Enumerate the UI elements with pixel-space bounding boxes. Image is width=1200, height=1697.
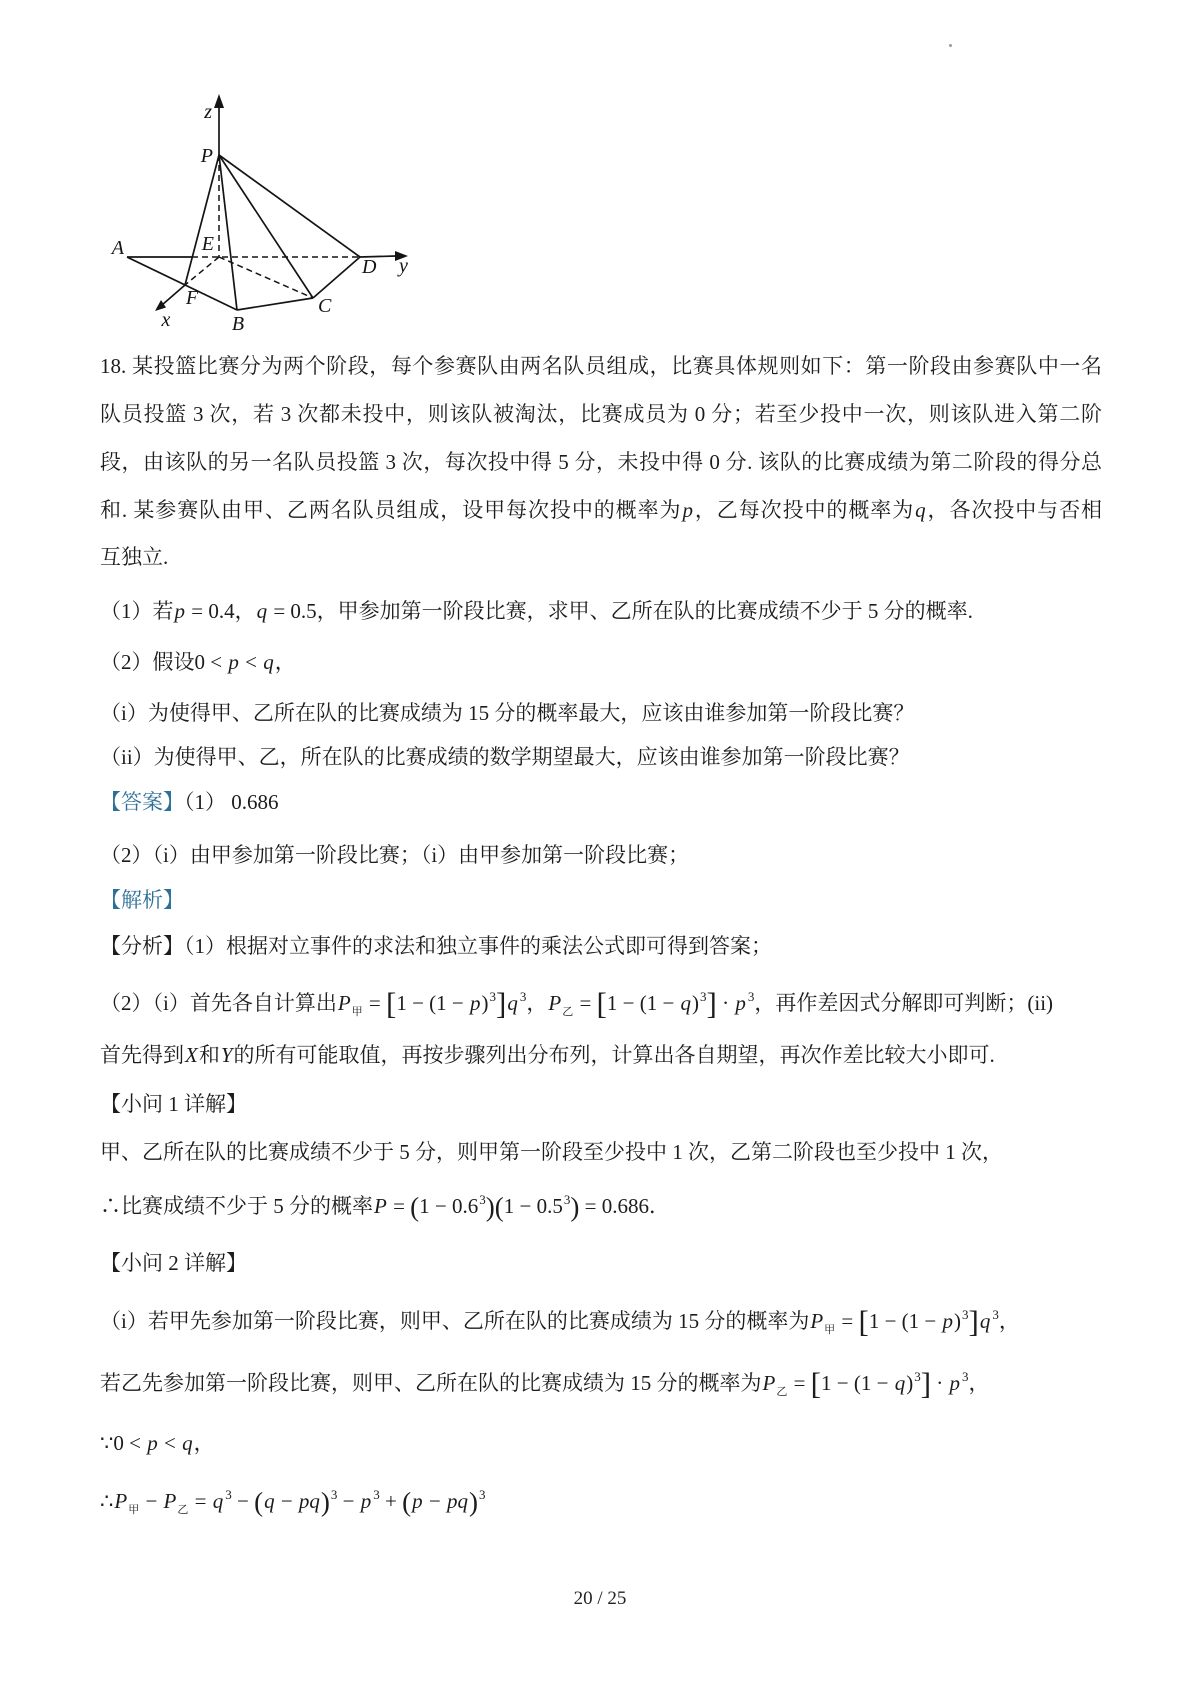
text-segment: 和. 某参赛队由甲、乙两名队员组成，设甲每次投中的概率为 bbox=[100, 498, 681, 522]
question-part-1: （1）若p = 0.4，q = 0.5，甲参加第一阶段比赛，求甲、乙所在队的比赛… bbox=[100, 596, 973, 626]
text-segment: ， bbox=[235, 599, 256, 623]
text-segment: ，再作差因式分解即可判断；(ii) bbox=[754, 991, 1053, 1015]
math-expression: 0 < p < q bbox=[113, 1431, 193, 1455]
text-segment: （ii）为使得甲、乙，所在队的比赛成绩的数学期望最大，应该由谁参加第一阶段比赛？ bbox=[100, 745, 910, 769]
text-segment: 甲、乙所在队的比赛成绩不少于 5 分，则甲第一阶段至少投中 1 次，乙第二阶段也… bbox=[100, 1140, 1003, 1164]
math-token: p bbox=[681, 498, 694, 522]
text-segment: ∴比赛成绩不少于 5 分的概率 bbox=[100, 1194, 373, 1218]
math-token: P bbox=[547, 991, 562, 1015]
math-token: = 0.4 bbox=[186, 599, 235, 623]
text-segment: （i）为使得甲、乙所在队的比赛成绩为 15 分的概率最大，应该由谁参加第一阶段比… bbox=[100, 701, 914, 725]
question-part-2-ii: （ii）为使得甲、乙，所在队的比赛成绩的数学期望最大，应该由谁参加第一阶段比赛？ bbox=[100, 742, 910, 772]
math-token: pq bbox=[446, 1489, 469, 1513]
axis-label-z: z bbox=[203, 101, 212, 123]
math-token: ) bbox=[570, 1192, 579, 1222]
math-token: · bbox=[717, 991, 735, 1015]
math-token: X bbox=[184, 1043, 199, 1067]
math-token: q bbox=[506, 991, 519, 1015]
math-token: ) bbox=[954, 1309, 961, 1333]
text-segment: ，甲参加第一阶段比赛，求甲、乙所在队的比赛成绩不少于 5 分的概率. bbox=[317, 599, 973, 623]
math-token: = 0.686 bbox=[579, 1194, 649, 1218]
pyramid-figure-svg: z P E A F x B C D y bbox=[100, 88, 420, 336]
math-expression: P乙 = [1 − (1 − q)3] · p3 bbox=[762, 1371, 969, 1395]
math-token: ] bbox=[921, 1366, 931, 1401]
text-segment: 首先得到 bbox=[100, 1043, 184, 1067]
math-expression: P乙 = [1 − (1 − q)3] · p3 bbox=[547, 991, 754, 1015]
math-expression: Y bbox=[220, 1043, 234, 1067]
vertex-label-D: D bbox=[361, 256, 377, 278]
math-token: p bbox=[360, 1489, 373, 1513]
text-segment: （1）若 bbox=[100, 599, 174, 623]
analysis-line-3: 首先得到X和Y的所有可能取值，再按步骤列出分布列，计算出各自期望，再次作差比较大… bbox=[100, 1040, 995, 1070]
math-token: q bbox=[263, 1489, 276, 1513]
math-token: ( bbox=[254, 1487, 263, 1517]
math-token: ( bbox=[495, 1192, 504, 1222]
text-segment: 和 bbox=[199, 1043, 220, 1067]
math-token: p bbox=[174, 599, 187, 623]
math-token: 1 − 0.6 bbox=[419, 1194, 478, 1218]
solution-2-line-2: 若乙先参加第一阶段比赛，则甲、乙所在队的比赛成绩为 15 分的概率为P乙 = [… bbox=[100, 1362, 990, 1407]
z-axis-arrow-icon bbox=[214, 94, 224, 108]
math-token: 1 − (1 − bbox=[821, 1371, 894, 1395]
answer-line-2: （2）（i）由甲参加第一阶段比赛；（i）由甲参加第一阶段比赛； bbox=[100, 840, 689, 870]
math-token: 1 − 0.5 bbox=[504, 1194, 563, 1218]
vertex-label-A: A bbox=[110, 237, 125, 259]
text-segment: ， bbox=[194, 1431, 215, 1455]
text-segment: ，各次投中与否相 bbox=[927, 498, 1102, 522]
text-segment: ，乙每次投中的概率为 bbox=[694, 498, 914, 522]
math-token: − bbox=[232, 1489, 254, 1513]
math-token: + bbox=[380, 1489, 402, 1513]
math-token: ) bbox=[321, 1487, 330, 1517]
math-token: − bbox=[276, 1489, 298, 1513]
math-token: q bbox=[256, 599, 269, 623]
text-segment: ∵ bbox=[100, 1431, 113, 1455]
math-token: q bbox=[212, 1489, 225, 1513]
axis-label-x: x bbox=[161, 309, 171, 331]
math-token: 1 − (1 − bbox=[607, 991, 680, 1015]
math-token: 甲 bbox=[128, 1504, 139, 1516]
math-token: [ bbox=[811, 1366, 821, 1401]
math-token: p bbox=[411, 1489, 424, 1513]
math-token: Y bbox=[220, 1043, 234, 1067]
solution-1-formula: ∴比赛成绩不少于 5 分的概率P = (1 − 0.63)(1 − 0.53) … bbox=[100, 1185, 670, 1221]
axis-label-y: y bbox=[397, 255, 408, 277]
text-segment: ， bbox=[526, 991, 547, 1015]
text-segment: （1） 0.686 bbox=[184, 790, 279, 814]
math-token: 乙 bbox=[776, 1386, 787, 1398]
text-segment: ， bbox=[999, 1309, 1020, 1333]
vertex-label-B: B bbox=[232, 313, 244, 335]
math-token: q bbox=[914, 498, 927, 522]
math-token: ) bbox=[692, 991, 699, 1015]
figure-solid-edges bbox=[127, 104, 396, 310]
math-token: [ bbox=[859, 1304, 869, 1339]
vertex-label-P: P bbox=[200, 145, 213, 167]
math-expression: q = 0.5 bbox=[256, 599, 317, 623]
solution-2-condition: ∵0 < p < q， bbox=[100, 1428, 215, 1458]
math-token: p bbox=[949, 1371, 962, 1395]
math-token: = bbox=[788, 1371, 810, 1395]
text-segment: （i）若甲先参加第一阶段比赛，则甲、乙所在队的比赛成绩为 15 分的概率为 bbox=[100, 1309, 809, 1333]
math-token: ) bbox=[486, 1192, 495, 1222]
text-segment: （2）假设 bbox=[100, 650, 195, 674]
math-token: = bbox=[189, 1489, 211, 1513]
vertex-label-C: C bbox=[318, 295, 332, 317]
text-segment: 18. 某投篮比赛分为两个阶段，每个参赛队由两名队员组成，比赛具体规则如下：第一… bbox=[100, 354, 1102, 378]
text-segment: 【小问 2 详解】 bbox=[100, 1251, 247, 1275]
analysis-line-1: 【分析】（1）根据对立事件的求法和独立事件的乘法公式即可得到答案； bbox=[100, 931, 772, 961]
text-segment: ， bbox=[275, 650, 296, 674]
math-expression: P = (1 − 0.63)(1 − 0.53) = 0.686 bbox=[373, 1194, 649, 1218]
math-token: P bbox=[337, 991, 352, 1015]
math-token: 0 < bbox=[113, 1431, 146, 1455]
problem-statement-line-4: 和. 某参赛队由甲、乙两名队员组成，设甲每次投中的概率为p，乙每次投中的概率为q… bbox=[100, 495, 1102, 526]
math-token: 乙 bbox=[177, 1504, 188, 1516]
math-token: = bbox=[364, 991, 386, 1015]
math-expression: 0 < p < q bbox=[195, 650, 275, 674]
section-label: 【解析】 bbox=[100, 888, 184, 912]
math-token: P bbox=[373, 1194, 388, 1218]
math-token: − bbox=[424, 1489, 446, 1513]
text-segment: 段，由该队的另一名队员投篮 3 次，每次投中得 5 分，未投中得 0 分. 该队… bbox=[100, 450, 1102, 474]
text-segment: 【小问 1 详解】 bbox=[100, 1092, 247, 1116]
page-mark-dot bbox=[949, 44, 952, 47]
subquestion-1-heading: 【小问 1 详解】 bbox=[100, 1089, 247, 1119]
math-token: [ bbox=[386, 986, 396, 1021]
math-token: − bbox=[140, 1489, 162, 1513]
math-token: p bbox=[227, 650, 240, 674]
text-segment: 互独立. bbox=[100, 545, 168, 569]
math-token: pq bbox=[298, 1489, 321, 1513]
math-token: P bbox=[113, 1489, 128, 1513]
text-segment: （2）（i）首先各自计算出 bbox=[100, 991, 337, 1015]
math-token: P bbox=[163, 1489, 178, 1513]
math-token: < bbox=[240, 650, 262, 674]
math-token: = bbox=[836, 1309, 858, 1333]
math-token: p bbox=[469, 991, 482, 1015]
problem-statement-line-3: 段，由该队的另一名队员投篮 3 次，每次投中得 5 分，未投中得 0 分. 该队… bbox=[100, 447, 1102, 478]
math-token: 1 − (1 − bbox=[396, 991, 469, 1015]
math-token: ) bbox=[906, 1371, 913, 1395]
figure-dashed-edges bbox=[185, 155, 360, 298]
figure-labels: z P E A F x B C D y bbox=[110, 101, 408, 335]
problem-statement-line-1: 18. 某投篮比赛分为两个阶段，每个参赛队由两名队员组成，比赛具体规则如下：第一… bbox=[100, 351, 1102, 382]
math-expression: P甲 = [1 − (1 − p)3]q3 bbox=[809, 1309, 999, 1333]
math-token: p bbox=[942, 1309, 955, 1333]
geometry-figure: z P E A F x B C D y bbox=[100, 88, 420, 336]
text-segment: 【分析】（1）根据对立事件的求法和独立事件的乘法公式即可得到答案； bbox=[100, 934, 772, 958]
math-token: q bbox=[894, 1371, 907, 1395]
math-expression: X bbox=[184, 1043, 199, 1067]
math-token: = bbox=[574, 991, 596, 1015]
math-token: 乙 bbox=[562, 1006, 573, 1018]
answer-line-1: 【答案】（1） 0.686 bbox=[100, 787, 279, 817]
math-token: − bbox=[337, 1489, 359, 1513]
math-token: ] bbox=[496, 986, 506, 1021]
math-token: q bbox=[680, 991, 693, 1015]
math-token: q bbox=[979, 1309, 992, 1333]
math-token: q bbox=[181, 1431, 194, 1455]
text-segment: 队员投篮 3 次，若 3 次都未投中，则该队被淘汰，比赛成员为 0 分；若至少投… bbox=[100, 402, 1102, 426]
analysis-line-2-formulas: （2）（i）首先各自计算出P甲 = [1 − (1 − p)3]q3，P乙 = … bbox=[100, 982, 1053, 1027]
vertex-label-F: F bbox=[185, 287, 199, 309]
page-number: 20 / 25 bbox=[0, 1588, 1200, 1610]
math-token: 3 bbox=[479, 1487, 486, 1502]
math-expression: p bbox=[681, 498, 694, 522]
section-label: 【答案】 bbox=[100, 790, 184, 814]
math-expression: P甲 = [1 − (1 − p)3]q3 bbox=[337, 991, 527, 1015]
math-token: ] bbox=[707, 986, 717, 1021]
text-segment: 的所有可能取值，再按步骤列出分布列，计算出各自期望，再次作差比较大小即可. bbox=[234, 1043, 995, 1067]
math-token: 0 < bbox=[195, 650, 228, 674]
math-token: ) bbox=[482, 991, 489, 1015]
text-segment: ∴ bbox=[100, 1489, 113, 1513]
vertex-label-E: E bbox=[201, 233, 214, 255]
math-token: = 0.5 bbox=[268, 599, 317, 623]
math-token: P bbox=[762, 1371, 777, 1395]
solution-2-difference-formula: ∴P甲 − P乙 = q3 − (q − pq)3 − p3 + (p − pq… bbox=[100, 1480, 485, 1525]
math-token: 甲 bbox=[352, 1006, 363, 1018]
document-page: z P E A F x B C D y 18. 某投篮比赛分为两个阶段，每个参赛… bbox=[0, 0, 1200, 1697]
problem-statement-line-5: 互独立. bbox=[100, 542, 168, 572]
math-token: · bbox=[931, 1371, 949, 1395]
math-token: ] bbox=[969, 1304, 979, 1339]
subquestion-2-heading: 【小问 2 详解】 bbox=[100, 1248, 247, 1278]
math-token: ( bbox=[402, 1487, 411, 1517]
math-expression: q bbox=[914, 498, 927, 522]
math-token: p bbox=[734, 991, 747, 1015]
jiexi-heading: 【解析】 bbox=[100, 885, 184, 915]
question-part-2-i: （i）为使得甲、乙所在队的比赛成绩为 15 分的概率最大，应该由谁参加第一阶段比… bbox=[100, 698, 914, 728]
text-segment: ， bbox=[969, 1371, 990, 1395]
math-expression: P甲 − P乙 = q3 − (q − pq)3 − p3 + (p − pq)… bbox=[113, 1489, 485, 1513]
text-segment: （2）（i）由甲参加第一阶段比赛；（i）由甲参加第一阶段比赛； bbox=[100, 843, 689, 867]
math-token: ) bbox=[469, 1487, 478, 1517]
math-token: P bbox=[809, 1309, 824, 1333]
solution-2-line-1: （i）若甲先参加第一阶段比赛，则甲、乙所在队的比赛成绩为 15 分的概率为P甲 … bbox=[100, 1300, 1020, 1345]
math-token: ( bbox=[410, 1192, 419, 1222]
math-token: < bbox=[159, 1431, 181, 1455]
text-segment: ． bbox=[649, 1194, 670, 1218]
question-part-2: （2）假设0 < p < q， bbox=[100, 647, 296, 677]
text-segment: 若乙先参加第一阶段比赛，则甲、乙所在队的比赛成绩为 15 分的概率为 bbox=[100, 1371, 762, 1395]
math-expression: p = 0.4 bbox=[174, 599, 235, 623]
math-token: 1 − (1 − bbox=[869, 1309, 942, 1333]
math-token: p bbox=[146, 1431, 159, 1455]
solution-1-line-1: 甲、乙所在队的比赛成绩不少于 5 分，则甲第一阶段至少投中 1 次，乙第二阶段也… bbox=[100, 1137, 1003, 1167]
math-token: = bbox=[388, 1194, 410, 1218]
math-token: q bbox=[262, 650, 275, 674]
problem-statement-line-2: 队员投篮 3 次，若 3 次都未投中，则该队被淘汰，比赛成员为 0 分；若至少投… bbox=[100, 399, 1102, 430]
math-token: [ bbox=[597, 986, 607, 1021]
math-token: 甲 bbox=[824, 1324, 835, 1336]
